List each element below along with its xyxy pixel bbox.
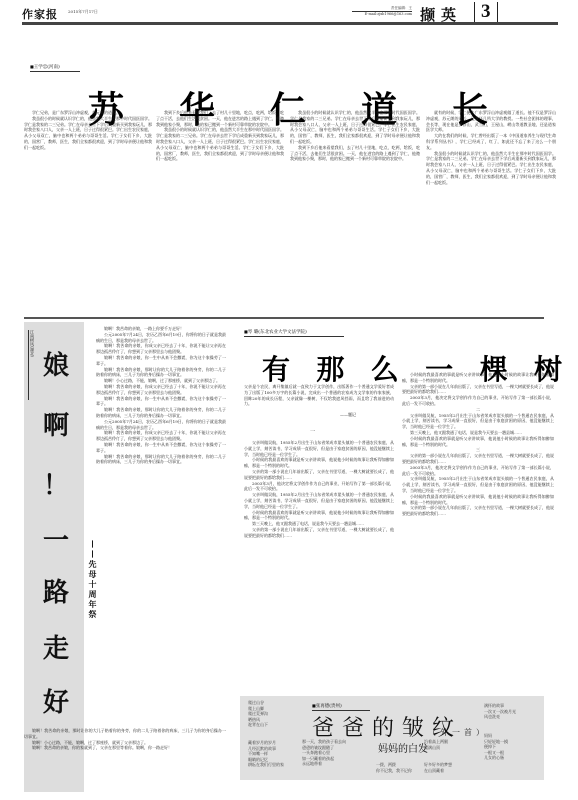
paragraph: 2003年3月，他决定将文学创作作为自己的事业，开始写作了第一部长篇小说，此后一…	[402, 395, 554, 407]
paragraph: 公元2005年7月24日，农历乙酉年6月19日，你将你的日子就是我最痛的生日，那…	[96, 332, 226, 344]
paragraph: 父亲的第一部小说在几年前出版了，父亲在书里写道，一棵大树就要长成了，他说要把最好…	[402, 453, 554, 465]
poem-col-4a: 沿着高上两腿 爬满山顶	[424, 739, 448, 750]
poem-line: 在山顶藏着	[424, 768, 452, 774]
paragraph: 娘啊！我苦命的亲娘，那时让你的大儿子陪着你的身旁，你的二儿子陪着你的病床，三儿子…	[96, 454, 226, 466]
headline-char: 路	[38, 572, 74, 609]
poem-line: 耕耘在我们行里的家	[248, 762, 284, 768]
paragraph: 就有的时候，学仁便去广东罗浮山冲虚观做了道长。他不仅是罗浮山冲虚观，苏元朗的道长…	[426, 110, 556, 133]
poem-col-5a: 满怀的故事 一次又一次被月光 风也洗亮	[484, 703, 516, 720]
poem-line: 驼背在山下	[248, 722, 268, 728]
paragraph: 娘啊！我苦命的亲娘，你成父亲已经去了十年，你说不能让父亲再在那边孤苦伶仃了，你想…	[96, 384, 226, 396]
paragraph: 我虽很小的时候就认识学仁的，他虽然大半生在那中时代国医国学。学仁是我家的二三兄弟…	[290, 110, 420, 145]
story1-column-4: 就有的时候，学仁便去广东罗浮山冲虚观做了道长。他不仅是罗浮山冲虚观，苏元朗的道长…	[426, 110, 556, 290]
paragraph: 小时候的我最喜欢的事就是听父亲讲故事，他说他小时候的故事让我听得如醉如痴，那是一…	[402, 372, 554, 384]
poem-line: 儿女的心肠	[484, 755, 508, 761]
poem-col-2: 那一天，我的孩子看去向 爸爸的皱纹跟随了 一头奔跑着心里 如一只藏着的孩起 永远…	[302, 739, 346, 767]
newspaper-logo: 作家报	[22, 6, 58, 22]
story2-signature: ——题记	[340, 412, 356, 418]
headline-char: 好	[38, 682, 74, 719]
headline-char: 娘	[38, 345, 74, 382]
masthead-rule	[22, 22, 558, 25]
poem-line: 风也洗亮	[484, 714, 516, 720]
paragraph: 2003年3月，他决定将文学创作作为自己的事业，开始写作了第一部长篇小说，此后一…	[244, 481, 394, 493]
headline-char: 啊	[38, 405, 74, 442]
poem-second-title: 妈妈的白发	[378, 740, 428, 755]
issue-date: 2015年7月17日	[68, 9, 98, 15]
paragraph: 娘啊！我苦命的亲娘，那时让你的大儿子陪着你的身旁，你的二儿子陪着你的病床，三儿子…	[96, 367, 226, 379]
paragraph: 公元2005年7月24日，农历乙酉年6月19日，你将你的日子就是我最痛的生日，那…	[96, 419, 226, 431]
paragraph: 父亲叫做吴航，1955年2月出生于山东省荣成市崖头镇的一个普通农民家庭，从小就上…	[402, 413, 554, 430]
paragraph: 父亲叫做吴航，1955年2月出生于山东省荣成市崖头镇的一个普通农民家庭，从小就上…	[244, 440, 394, 457]
paragraph: 娘啊！我苦命的亲娘，你成父亲已经去了十年，你说不能让父亲再在那边孤苦伶仃了，你想…	[96, 343, 226, 355]
paragraph: 小时候的我最喜欢的事就是听父亲讲故事，他说他小时候的故事让我听得如醉如痴，那是一…	[244, 510, 394, 522]
paragraph: 娘啊！我苦命的亲娘，你一生中从来不会撒谎，你为这个家操劳了一辈子。	[96, 396, 226, 408]
headline-char: 一	[38, 520, 74, 557]
paragraph: 父亲的第一部小说在几年前出版了，父亲在书里写道，一棵大树就要长成了，他说要把最好…	[402, 384, 554, 396]
paragraph: 父亲的第一部小说在几年前出版了，父亲在书里写道，一棵大树就要长成了，他说要把最好…	[244, 469, 394, 481]
poem-line: 你不记我，我不记你	[376, 768, 412, 774]
poem-col-1a: 爬过山谷 爬上山脚 爬过荒弹沟 晒热风 驼背在山下	[248, 700, 268, 728]
paragraph: 小时候的我最喜欢的事就是听父亲讲故事，他说他小时候的故事让我听得如醉如痴，那是一…	[402, 436, 554, 448]
headline-char: 有	[262, 348, 290, 388]
poem-col-3: 一拨，两拨 你不记我，我不记你	[376, 762, 412, 773]
story1-column-3: 我虽很小的时候就认识学仁的，他虽然大半生在那中时代国医国学。学仁是我家的二三兄弟…	[290, 110, 420, 300]
poem-line: 好多好多的梦想	[424, 762, 452, 768]
paragraph: 娘啊！我苦命的亲娘，你一生中从来不会撒谎，你为这个家操劳了一辈子。	[96, 355, 226, 367]
editor-email: E-mail:zjxb1966@163.com	[352, 11, 412, 16]
paragraph: 小时候的我最喜欢的事就是听父亲讲故事，他说他小时候的故事让我听得如醉如痴，那是一…	[244, 457, 394, 469]
paragraph: 我虽很小的时候就认识学仁的，他虽然大半生在那中时代国医国学。学仁是我家的二三兄弟…	[24, 116, 152, 151]
paragraph: 我虽很小的时候就认识学仁的，他虽然大半生在那中时代国医国学。学仁是我家的二三兄弟…	[426, 151, 556, 186]
poem-col-1b: 藏着岁月的岁月 几经沉默的故事 不知嘴一样 眼睛的记忆 耕耘在我们行里的家	[248, 740, 284, 768]
paragraph: 小时候的我最喜欢的事就是听父亲讲故事，他说他小时候的故事让我听得如醉如痴，那是一…	[402, 494, 554, 506]
paragraph: 我到下乡后他来看望我们，去了村几十里地，吃点，吃两，给饭，吃了点干活，去他们生活…	[156, 110, 284, 127]
headline-char: 么	[371, 348, 399, 388]
headline-char: 走	[38, 628, 74, 665]
story2-column-1: 父亲叫做吴航，1955年2月出生于山东省荣成市崖头镇的一个普通农民家庭，从小就上…	[244, 440, 394, 688]
section-mark: 一	[310, 428, 315, 435]
poem-line: 爬过荒弹沟	[248, 711, 268, 717]
poem-col-4b: 好多好多的梦想 在山顶藏着	[424, 762, 452, 773]
headline-char: 那	[316, 348, 344, 388]
story1-column-1: 学仁兄弟，是广东罗浮山冲虚观，苏元朗的道长。 我虽很小的时候就认识学仁的，他虽然…	[24, 110, 152, 300]
story2-column-2: 小时候的我最喜欢的事就是听父亲讲故事，他说他小时候的故事让我听得如醉如痴，那是一…	[402, 372, 554, 690]
story2-byline: 琴 璐(东北农业大学文法学院)	[244, 329, 344, 337]
story3-column-1: 娘啊！我苦命的亲娘，一路上你要千万走好！ 公元2005年7月24日，农历乙酉年6…	[96, 326, 226, 726]
page-number: 3	[474, 2, 498, 22]
poem-line: 沿着高上两腿	[424, 739, 448, 745]
poem-line: 永远地带着	[302, 761, 346, 767]
headline-char: ！	[38, 465, 74, 502]
paragraph: 娘啊！我苦命的亲娘，那时让你的大儿子陪着你的身旁，你的二儿子陪着你的病床，三儿子…	[24, 728, 226, 740]
paragraph: 我到下乡后他来看望我们，去了村几十里地，吃点，吃两，给饭，吃了点干活，去他们生活…	[290, 145, 420, 162]
paragraph: 娘啊！我苦命的亲娘，你成父亲已经去了十年，你说不能让父亲再在那边孤苦伶仃了，你想…	[96, 430, 226, 442]
poem-byline: 张再德(贵州)	[312, 703, 370, 711]
poem-line: 那一天，我的孩子看去向	[302, 739, 346, 745]
story2-intro: 父亲是个农民，离开集镇后就一直致力于文学创作，出版著作一个普通文学爱好者成为了出…	[244, 384, 394, 414]
story3-footer-text: 娘啊！我苦命的亲娘，那时让你的大儿子陪着你的身旁，你的二儿子陪着你的病床，三儿子…	[24, 728, 226, 792]
paragraph: 娘啊！我苦命的亲娘，那时让你的大儿子陪着你的身旁，你的二儿子陪着你的病床，三儿子…	[96, 407, 226, 419]
poem-col-5b: 妈妈 只轻轻地一摸 便掉下 一根又一根 儿女的心肠	[484, 733, 508, 761]
paragraph: 2003年3月，他决定将文学创作作为自己的事业，开始写作了第一部长篇小说，此后一…	[402, 465, 554, 477]
paragraph: 娘啊！我苦命的亲娘，你一生中从来不会撒谎，你为这个家操劳了一辈子。	[96, 442, 226, 454]
paragraph: 大约在我们的时候，学仁曾经出版了一本《中国道家养生与现代生命科学系列丛书》，学仁…	[426, 133, 556, 150]
paragraph: 我虽很小的时候就认识学仁的，他虽然大半生在那中时代国医国学。学仁是我家的二三兄弟…	[156, 127, 284, 162]
poem-subtitle: （外一首）	[428, 727, 488, 738]
paragraph: 父亲叫做吴航，1955年2月出生于山东省荣成市崖头镇的一个普通农民家庭，从小就上…	[244, 492, 394, 509]
paragraph: 父亲叫做吴航，1955年2月出生于山东省荣成市崖头镇的一个普通农民家庭，从小就上…	[402, 476, 554, 493]
story1-byline: 王学忠(河南)	[30, 64, 80, 72]
poem-line: 爬满山顶	[424, 745, 448, 751]
section-divider	[24, 317, 544, 319]
story1-column-2: 我到下乡后他来看望我们，去了村几十里地，吃点，吃两，给饭，吃了点干活，去他们生活…	[156, 110, 284, 300]
paragraph: 娘啊！我苦命的亲娘，你的家就到了，父亲在那里等着你。娘啊，你一路走好！	[24, 745, 226, 751]
story3-byline: 江南树风(湖北)	[28, 330, 35, 400]
paragraph: 父亲的第一部小说在几年前出版了，父亲在书里写道，一棵大树就要长成了，他说要把最好…	[244, 527, 394, 539]
paragraph: 父亲的第一部小说在几年前出版了，父亲在书里写道，一棵大树就要长成了，他说要把最好…	[402, 505, 554, 517]
